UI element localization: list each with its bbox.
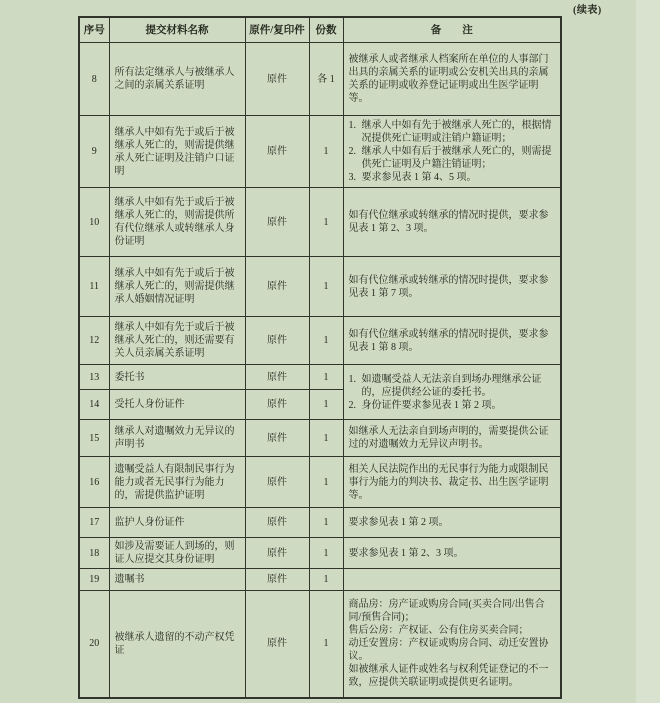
remark-line: 动迁安置房：产权证或购房合同、动迁安置协议。 bbox=[349, 637, 558, 663]
cell-copies: 1 bbox=[309, 420, 343, 457]
cell-copies: 1 bbox=[309, 116, 343, 188]
cell-copies: 1 bbox=[309, 591, 343, 698]
remark-item-number: 1. bbox=[349, 373, 362, 386]
cell-remark: 要求参见表 1 第 2 项。 bbox=[343, 508, 561, 538]
table-body: 8所有法定继承人与被继承人之间的亲属关系证明原件各 1被继承人或者继承人档案所在… bbox=[79, 43, 561, 698]
header-copies: 份数 bbox=[309, 17, 343, 43]
remark-item-number: 2. bbox=[349, 399, 362, 412]
cell-original-or-copy: 原件 bbox=[245, 116, 309, 188]
cell-material-name: 继承人对遗嘱效力无异议的声明书 bbox=[109, 420, 245, 457]
remark-numbered-item: 1.继承人中如有先于被继承人死亡的，根据情况提供死亡证明或注销户籍证明； bbox=[349, 119, 558, 145]
remark-line: 售后公房：产权证、公有住房买卖合同； bbox=[349, 624, 558, 637]
table-row: 13委托书原件11.如遗嘱受益人无法亲自到场办理继承公证的，应提供经公证的委托书… bbox=[79, 365, 561, 390]
continued-table-label: (续表) bbox=[573, 1, 602, 16]
cell-material-name: 委托书 bbox=[109, 365, 245, 390]
cell-material-name: 如涉及需要证人到场的，则证人应提交其身份证明 bbox=[109, 538, 245, 569]
cell-copies: 各 1 bbox=[309, 43, 343, 116]
table-row: 15继承人对遗嘱效力无异议的声明书原件1如继承人无法亲自到场声明的，需要提供公证… bbox=[79, 420, 561, 457]
cell-copies: 1 bbox=[309, 188, 343, 257]
remark-item-text: 身份证件要求参见表 1 第 2 项。 bbox=[362, 399, 558, 412]
remark-line: 相关人民法院作出的无民事行为能力或限制民事行为能力的判决书、裁定书、出生医学证明… bbox=[349, 463, 558, 502]
remark-line: 如被继承人证件或姓名与权利凭证登记的不一致，应提供关联证明或提供更名证明。 bbox=[349, 663, 558, 689]
cell-remark: 1.如遗嘱受益人无法亲自到场办理继承公证的，应提供经公证的委托书。2.身份证件要… bbox=[343, 365, 561, 420]
cell-remark: 1.继承人中如有先于被继承人死亡的，根据情况提供死亡证明或注销户籍证明；2.继承… bbox=[343, 116, 561, 188]
cell-serial-number: 10 bbox=[79, 188, 109, 257]
remark-numbered-item: 2.身份证件要求参见表 1 第 2 项。 bbox=[349, 399, 558, 412]
remark-line: 要求参见表 1 第 2 项。 bbox=[349, 516, 558, 529]
cell-original-or-copy: 原件 bbox=[245, 538, 309, 569]
table-row: 11继承人中如有先于或后于被继承人死亡的，则需提供继承人婚姻情况证明原件1如有代… bbox=[79, 257, 561, 317]
remark-line: 被继承人或者继承人档案所在单位的人事部门出具的亲属关系的证明或公安机关出具的亲属… bbox=[349, 53, 558, 105]
remark-item-text: 继承人中如有后于被继承人死亡的，则需提供死亡证明及户籍注销证明； bbox=[362, 145, 558, 171]
cell-original-or-copy: 原件 bbox=[245, 457, 309, 508]
cell-original-or-copy: 原件 bbox=[245, 591, 309, 698]
cell-original-or-copy: 原件 bbox=[245, 43, 309, 116]
cell-serial-number: 11 bbox=[79, 257, 109, 317]
header-original-or-copy: 原件/复印件 bbox=[245, 17, 309, 43]
document-page: (续表) 序号 提交材料名称 原件/复印件 份数 备 注 8所有法定继承人与被继… bbox=[0, 0, 660, 703]
table-row: 16遗嘱受益人有限制民事行为能力或者无民事行为能力的，需提供监护证明原件1相关人… bbox=[79, 457, 561, 508]
remark-item-number: 2. bbox=[349, 145, 362, 158]
cell-remark bbox=[343, 569, 561, 591]
cell-material-name: 监护人身份证件 bbox=[109, 508, 245, 538]
remark-line: 要求参见表 1 第 2、3 项。 bbox=[349, 547, 558, 560]
cell-original-or-copy: 原件 bbox=[245, 508, 309, 538]
cell-material-name: 继承人中如有先于或后于被继承人死亡的，则还需要有关人员亲属关系证明 bbox=[109, 317, 245, 365]
cell-original-or-copy: 原件 bbox=[245, 188, 309, 257]
remark-item-text: 继承人中如有先于被继承人死亡的，根据情况提供死亡证明或注销户籍证明； bbox=[362, 119, 558, 145]
remark-numbered-item: 1.如遗嘱受益人无法亲自到场办理继承公证的，应提供经公证的委托书。 bbox=[349, 373, 558, 399]
table-row: 20被继承人遗留的不动产权凭证原件1商品房：房产证或购房合同(买卖合同/出售合同… bbox=[79, 591, 561, 698]
cell-material-name: 受托人身份证件 bbox=[109, 390, 245, 420]
cell-copies: 1 bbox=[309, 457, 343, 508]
remark-numbered-item: 3.要求参见表 1 第 4、5 项。 bbox=[349, 171, 558, 184]
cell-copies: 1 bbox=[309, 390, 343, 420]
materials-table: 序号 提交材料名称 原件/复印件 份数 备 注 8所有法定继承人与被继承人之间的… bbox=[78, 16, 562, 699]
cell-copies: 1 bbox=[309, 508, 343, 538]
table-row: 8所有法定继承人与被继承人之间的亲属关系证明原件各 1被继承人或者继承人档案所在… bbox=[79, 43, 561, 116]
cell-remark: 如有代位继承或转继承的情况时提供，要求参见表 1 第 2、3 项。 bbox=[343, 188, 561, 257]
cell-copies: 1 bbox=[309, 257, 343, 317]
cell-serial-number: 13 bbox=[79, 365, 109, 390]
cell-serial-number: 9 bbox=[79, 116, 109, 188]
cell-remark: 如有代位继承或转继承的情况时提供，要求参见表 1 第 7 项。 bbox=[343, 257, 561, 317]
cell-copies: 1 bbox=[309, 365, 343, 390]
cell-copies: 1 bbox=[309, 317, 343, 365]
table-row: 9继承人中如有先于或后于被继承人死亡的，则需提供继承人死亡证明及注销户口证明原件… bbox=[79, 116, 561, 188]
remark-line: 如有代位继承或转继承的情况时提供，要求参见表 1 第 7 项。 bbox=[349, 274, 558, 300]
cell-remark: 如继承人无法亲自到场声明的，需要提供公证过的对遗嘱效力无异议声明书。 bbox=[343, 420, 561, 457]
cell-original-or-copy: 原件 bbox=[245, 390, 309, 420]
table-row: 10继承人中如有先于或后于被继承人死亡的，则需提供所有代位继承人或转继承人身份证… bbox=[79, 188, 561, 257]
remark-line: 如有代位继承或转继承的情况时提供，要求参见表 1 第 8 项。 bbox=[349, 328, 558, 354]
cell-remark: 相关人民法院作出的无民事行为能力或限制民事行为能力的判决书、裁定书、出生医学证明… bbox=[343, 457, 561, 508]
cell-serial-number: 19 bbox=[79, 569, 109, 591]
cell-material-name: 被继承人遗留的不动产权凭证 bbox=[109, 591, 245, 698]
cell-serial-number: 15 bbox=[79, 420, 109, 457]
header-serial-number: 序号 bbox=[79, 17, 109, 43]
header-remark: 备 注 bbox=[343, 17, 561, 43]
remark-numbered-item: 2.继承人中如有后于被继承人死亡的，则需提供死亡证明及户籍注销证明； bbox=[349, 145, 558, 171]
cell-serial-number: 12 bbox=[79, 317, 109, 365]
remark-line: 如继承人无法亲自到场声明的，需要提供公证过的对遗嘱效力无异议声明书。 bbox=[349, 425, 558, 451]
cell-serial-number: 20 bbox=[79, 591, 109, 698]
cell-serial-number: 16 bbox=[79, 457, 109, 508]
cell-material-name: 遗嘱书 bbox=[109, 569, 245, 591]
table-row: 18如涉及需要证人到场的，则证人应提交其身份证明原件1要求参见表 1 第 2、3… bbox=[79, 538, 561, 569]
cell-material-name: 遗嘱受益人有限制民事行为能力或者无民事行为能力的，需提供监护证明 bbox=[109, 457, 245, 508]
cell-remark: 商品房：房产证或购房合同(买卖合同/出售合同/预售合同)；售后公房：产权证、公有… bbox=[343, 591, 561, 698]
table-row: 12继承人中如有先于或后于被继承人死亡的，则还需要有关人员亲属关系证明原件1如有… bbox=[79, 317, 561, 365]
cell-original-or-copy: 原件 bbox=[245, 420, 309, 457]
table-row: 19遗嘱书原件1 bbox=[79, 569, 561, 591]
cell-material-name: 所有法定继承人与被继承人之间的亲属关系证明 bbox=[109, 43, 245, 116]
cell-material-name: 继承人中如有先于或后于被继承人死亡的，则需提供继承人死亡证明及注销户口证明 bbox=[109, 116, 245, 188]
cell-serial-number: 18 bbox=[79, 538, 109, 569]
cell-original-or-copy: 原件 bbox=[245, 365, 309, 390]
remark-item-number: 3. bbox=[349, 171, 362, 184]
cell-copies: 1 bbox=[309, 569, 343, 591]
cell-original-or-copy: 原件 bbox=[245, 257, 309, 317]
cell-serial-number: 8 bbox=[79, 43, 109, 116]
header-row: 序号 提交材料名称 原件/复印件 份数 备 注 bbox=[79, 17, 561, 43]
remark-line: 商品房：房产证或购房合同(买卖合同/出售合同/预售合同)； bbox=[349, 598, 558, 624]
remark-line: 如有代位继承或转继承的情况时提供，要求参见表 1 第 2、3 项。 bbox=[349, 209, 558, 235]
cell-material-name: 继承人中如有先于或后于被继承人死亡的，则需提供继承人婚姻情况证明 bbox=[109, 257, 245, 317]
cell-remark: 如有代位继承或转继承的情况时提供，要求参见表 1 第 8 项。 bbox=[343, 317, 561, 365]
remark-item-number: 1. bbox=[349, 119, 362, 132]
cell-serial-number: 14 bbox=[79, 390, 109, 420]
cell-material-name: 继承人中如有先于或后于被继承人死亡的，则需提供所有代位继承人或转继承人身份证明 bbox=[109, 188, 245, 257]
cell-original-or-copy: 原件 bbox=[245, 569, 309, 591]
remark-item-text: 如遗嘱受益人无法亲自到场办理继承公证的，应提供经公证的委托书。 bbox=[362, 373, 558, 399]
page-edge-strip bbox=[636, 0, 660, 703]
cell-copies: 1 bbox=[309, 538, 343, 569]
cell-serial-number: 17 bbox=[79, 508, 109, 538]
remark-item-text: 要求参见表 1 第 4、5 项。 bbox=[362, 171, 558, 184]
table-row: 17监护人身份证件原件1要求参见表 1 第 2 项。 bbox=[79, 508, 561, 538]
cell-remark: 被继承人或者继承人档案所在单位的人事部门出具的亲属关系的证明或公安机关出具的亲属… bbox=[343, 43, 561, 116]
cell-original-or-copy: 原件 bbox=[245, 317, 309, 365]
header-material-name: 提交材料名称 bbox=[109, 17, 245, 43]
cell-remark: 要求参见表 1 第 2、3 项。 bbox=[343, 538, 561, 569]
